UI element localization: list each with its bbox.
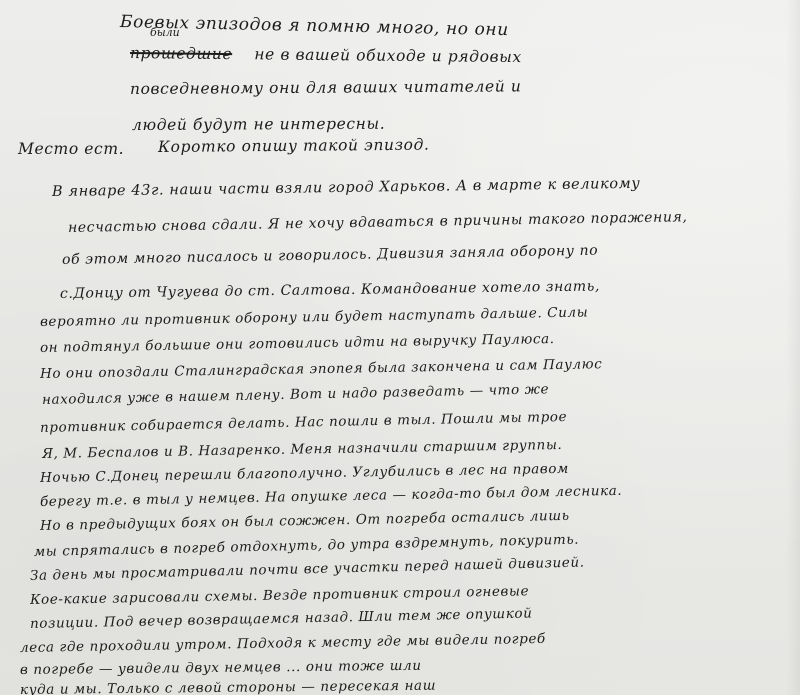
body-line-6: он подтянул большие они готовились идти … xyxy=(40,331,555,356)
intro-line-4: людей будут не интересны. xyxy=(132,115,385,134)
body-line-18: леса где проходили утром. Подходя к мест… xyxy=(20,631,546,656)
intro-line-2: прошедшие не в вашей обиходе и рядовых xyxy=(130,44,522,66)
body-line-7: Но они опоздали Сталинградская эпопея бы… xyxy=(40,356,603,382)
body-line-3: об этом много писалось и говорилось. Див… xyxy=(62,243,599,268)
announce-line: Коротко опишу такой эпизод. xyxy=(158,136,430,156)
body-line-15: За день мы просматривали почти все участ… xyxy=(30,554,585,584)
struck-word: прошедшие xyxy=(130,44,232,63)
body-line-5: вероятно ли противник оборону или будет … xyxy=(40,304,589,330)
body-line-20: куда и мы. Только с левой стороны — пере… xyxy=(20,678,436,695)
body-line-2: несчастью снова сдали. Я не хочу вдавать… xyxy=(68,209,688,236)
intro-line-2-text: не в вашей обиходе и рядовых xyxy=(254,45,522,66)
body-line-10: Я, М. Беспалов и В. Назаренко. Меня назн… xyxy=(42,437,563,462)
body-line-4: с.Донцу от Чугуева до ст. Салтова. Коман… xyxy=(60,278,600,302)
body-line-1: В январе 43г. наши части взяли город Хар… xyxy=(52,176,640,200)
body-line-17: позиции. Под вечер возвращаемся назад. Ш… xyxy=(30,605,533,632)
body-line-12: берегу т.е. в тыл у немцев. На опушке ле… xyxy=(40,483,623,510)
body-line-8: находился уже в нашем плену. Вот и надо … xyxy=(42,381,549,408)
body-line-16: Кое-какие зарисовали схемы. Везде против… xyxy=(30,583,529,608)
intro-line-3: повседневному они для ваших читателей и xyxy=(130,77,522,98)
body-line-11: Ночью С.Донец перешли благополучно. Углу… xyxy=(40,461,569,486)
paper-edge-shadow xyxy=(786,0,800,695)
body-line-13: Но в предыдущих боях он был сожжен. От п… xyxy=(40,508,570,534)
body-line-9: противник собирается делать. Нас пошли в… xyxy=(40,409,568,436)
body-line-19: в погребе — увидели двух немцев ... они … xyxy=(20,658,422,678)
manuscript-page: были Боевых эпизодов я помню много, но о… xyxy=(0,0,800,695)
margin-note: Место ест. xyxy=(18,140,124,158)
